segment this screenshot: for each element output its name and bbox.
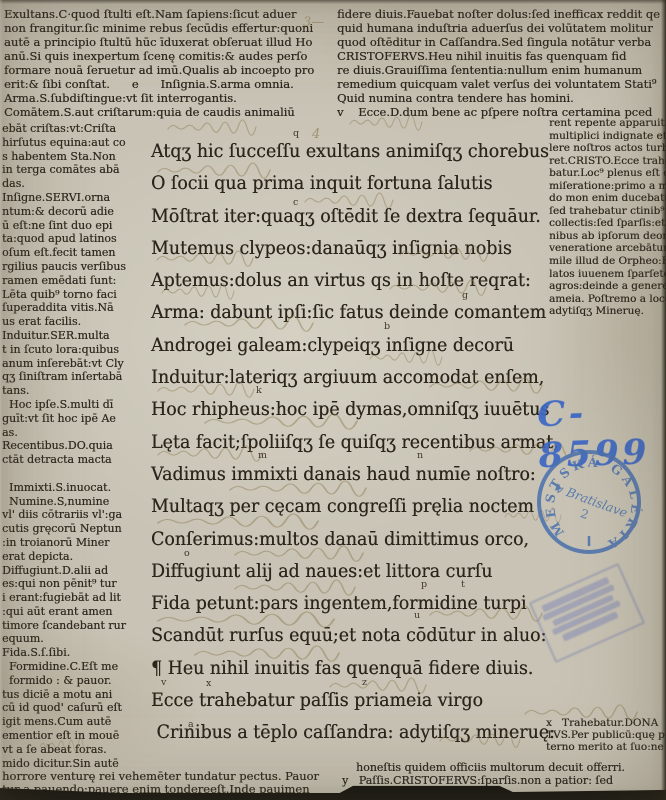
commentary-line: tans. [2, 384, 151, 398]
right-margin-commentary: rent repente apparuit:qemultiplici indig… [549, 117, 666, 318]
scan-edge-left [0, 0, 3, 800]
guide-letter: k [256, 386, 262, 396]
stamp-center-text: v Bratislave [554, 480, 630, 520]
guide-letter: p [421, 580, 427, 590]
commentary-line: non frangitur.ſic minime rebus ſecūdis e… [4, 21, 336, 35]
commentary-line: Recentibus.DO.quia [2, 439, 151, 453]
commentary-line: latos iuuenem ſparſete p [549, 268, 666, 281]
commentary-line: Lēta quib⁹ torno faci [2, 288, 151, 302]
commentary-line: batur.Loc⁹ plenus eſt cō [549, 167, 666, 180]
commentary-line: TVS.Per publicū:quę p [546, 729, 666, 741]
bottom-right-wide-commentary: honeſtis quidem officiis multorum decuit… [342, 762, 666, 788]
scan-edge-top [0, 0, 666, 4]
scanned-book-page: Exultans.C·quod ſtulti eſt.Nam ſapiens:ſ… [0, 0, 666, 800]
commentary-line: do mon enim ducebatur [549, 192, 666, 205]
commentary-line: honeſtis quidem officiis multorum decuit… [342, 762, 666, 775]
commentary-line: oſum eſt.fecit tamen [2, 246, 151, 260]
commentary-line: timore ſcandebant rur [2, 619, 151, 633]
library-stamp: MESTSKÁ GALÉRIA v Bratislave 2 [533, 446, 645, 558]
commentary-line: ſed trahebatur ctinib⁹:nō [549, 205, 666, 218]
commentary-line: us erat facilis. [2, 315, 151, 329]
commentary-line: autē a principio ſtultū hūc īduxerat obſ… [4, 35, 336, 49]
commentary-line: in terga comātes abā [2, 163, 151, 177]
commentary-line: es:qui non pēnit⁹ tur [2, 577, 151, 591]
guide-letter: t [461, 580, 465, 590]
commentary-line: tus diciē a motu ani [2, 688, 151, 702]
commentary-line: anum inſerebāt:vt Cly [2, 357, 151, 371]
verse-line: Vadimus immixti danais haud numīe noſtro… [151, 459, 527, 491]
commentary-line: Quid numina contra tendere has homini. [337, 91, 666, 105]
scan-edge-right [661, 0, 666, 800]
commentary-line: Numine.S,numine [2, 495, 151, 509]
commentary-line: ctāt detracta macta [2, 453, 151, 467]
commentary-line: hirſutus equina:aut co [2, 136, 151, 150]
commentary-line: agros:deinde a genere pri [549, 280, 666, 293]
verse-line: Mutemus clypeos:danaūqʒ inſignia nobis [151, 233, 527, 265]
guide-letter: o [184, 549, 190, 559]
commentary-line: :in troianorū Miner [2, 536, 151, 550]
verse-line: Fida petunt:pars ingentem,formidine turp… [151, 588, 527, 620]
commentary-line: adytiſqʒ Mineruę. [549, 305, 666, 318]
commentary-line: formare nouā ſeruetur ad imū.Qualis ab i… [4, 63, 336, 77]
commentary-line: ramen emēdati ſunt: [2, 274, 151, 288]
commentary-line: veneratione arcebātur.S [549, 242, 666, 255]
verse-line: Scandūt rurſus equū;et nota cōdūtur in a… [151, 620, 527, 652]
guide-letter: a [188, 720, 194, 730]
commentary-line: rgilius paucis verſibus [2, 260, 151, 274]
verse-line: Conſerimus:multos danaū dimittimus orco, [151, 524, 527, 556]
commentary-line: collectis:ſed ſparſis:et mā [549, 217, 666, 230]
commentary-line: Immixti.S.inuocat. [2, 481, 151, 495]
commentary-line: nibus ab ipſorum deorū [549, 230, 666, 243]
verse-line: Lęta facit;ſpoliiſqʒ ſe quiſqʒ recentibu… [151, 427, 527, 459]
commentary-line: remedium quicquam valet verſus dei volun… [337, 77, 666, 91]
commentary-line: horrore venturę rei vehemēter tundatur p… [2, 770, 340, 783]
commentary-line: re diuis.Grauiſſima ſententia:nullum eni… [337, 63, 666, 77]
guide-letter: z [362, 678, 367, 688]
commentary-line: ret.CRISTO.Ecce trahe [549, 155, 666, 168]
commentary-line: ameia. Poſtremo a loco [549, 293, 666, 306]
commentary-line: Diffugiunt.D.alii ad [2, 564, 151, 578]
commentary-line: lere noſtros actos turba [549, 142, 666, 155]
commentary-line: Induitur.SER.multa [2, 329, 151, 343]
stamp-center-number: 2 [579, 506, 591, 522]
left-margin-commentary: ebāt criſtas:vt:Criſtahirſutus equina:au… [2, 122, 151, 770]
commentary-line: CRISTOFERVS.Heu nihil inuitis fas quenqu… [337, 49, 666, 63]
verse-line: Aptemus:dolus an virtus qs in hoſte reqr… [151, 265, 527, 297]
commentary-line: as. [2, 426, 151, 440]
commentary-line [2, 467, 151, 481]
verse-line: Multaqʒ per cęcam congreſſi pręlia nocte… [151, 491, 527, 523]
commentary-line: vl' diis cōtrariis vl':ga [2, 508, 151, 522]
commentary-line: Formidine.C.Eſt me [2, 660, 151, 674]
guide-letter: n [417, 451, 423, 461]
faint-rect-stamp [529, 563, 645, 663]
verse-line: Induitur:lateriqʒ argiuum accomodat enſe… [151, 362, 527, 394]
commentary-line: fidere diuis.Fauebat noſter dolus:ſed in… [337, 7, 666, 21]
commentary-line: guīt:vt ſit hoc ipē Ae [2, 412, 151, 426]
commentary-line: ntum:& decorū adie [2, 205, 151, 219]
commentary-line: cutis gręcorū Neptun [2, 522, 151, 536]
commentary-line: ebāt criſtas:vt:Criſta [2, 122, 151, 136]
guide-letter: v [161, 678, 166, 688]
verse-line: Atqʒ hic ſucceſſu exultans animiſqʒ chor… [151, 136, 527, 168]
commentary-line: vt a ſe abeat foras. [2, 743, 151, 757]
guide-letter: g [462, 291, 468, 301]
commentary-line: igit mens.Cum autē [2, 715, 151, 729]
commentary-line: miſeratione:primo a mō [549, 180, 666, 193]
commentary-line: formido : & pauor. [2, 674, 151, 688]
guide-letter: b [384, 322, 390, 332]
commentary-line: ſuperaddita vitis.Nā [2, 301, 151, 315]
verse-line: Ecce trahebatur paſſis priameia virgo [151, 685, 527, 717]
commentary-line: mile illud de Orpheo:E [549, 255, 666, 268]
commentary-line: das. [2, 177, 151, 191]
verse-line: Crinibus a tēplo caſſandra: adytiſqʒ min… [151, 717, 527, 749]
commentary-line: s habentem Sta.Non [2, 150, 151, 164]
commentary-line: :qui aūt erant amen [2, 605, 151, 619]
guide-letter: u [414, 611, 420, 621]
commentary-line: ta:quod apud latinos [2, 232, 151, 246]
handwritten-mark: 3— [303, 16, 324, 29]
verse-line: Diffugiunt alij ad naues:et littora curſ… [151, 556, 527, 588]
commentary-line: i erant:fugiebāt ad lit [2, 591, 151, 605]
bottom-right-commentary: x Trahebatur.DONATVS.Per publicū:quę pte… [546, 717, 666, 753]
commentary-line: erat depicta. [2, 550, 151, 564]
commentary-line: Arma.S.ſubdiſtingue:vt ſit interrogantis… [4, 91, 336, 105]
commentary-line: equum. [2, 632, 151, 646]
main-verse-text: Atqʒ hic ſucceſſu exultans animiſqʒ chor… [151, 136, 527, 750]
commentary-line: y Paſſis.CRISTOFERVS:ſparſis.non a patio… [342, 775, 666, 788]
commentary-line: cū id quod' caſurū eſt [2, 701, 151, 715]
verse-line: Androgei galeam:clypeiqʒ inſigne decorū [151, 330, 527, 362]
verse-line: O ſocii qua prima inquit fortuna ſalutis [151, 168, 527, 200]
guide-letter: x [206, 679, 211, 689]
commentary-line: Exultans.C·quod ſtulti eſt.Nam ſapiens:ſ… [4, 7, 336, 21]
handwritten-mark: 4 [312, 128, 320, 141]
commentary-line: Comātem.S.aut criſtarum:quia de caudis a… [4, 105, 336, 119]
guide-letter: c [293, 198, 298, 208]
guide-letter: q [293, 129, 299, 139]
commentary-line: terno merito at ſuo:ne q [546, 741, 666, 753]
guide-letter: m [258, 451, 267, 461]
commentary-line: anū.Si quis inexpertum ſcenę comitis:& a… [4, 49, 336, 63]
commentary-line: ū eſt:ne ſint duo epi [2, 219, 151, 233]
top-right-commentary: fidere diuis.Fauebat noſter dolus:ſed in… [337, 7, 666, 119]
commentary-line: Fida.S.ſ.ſibi. [2, 646, 151, 660]
commentary-line: quid humana induſtria aduerſus dei volūt… [337, 21, 666, 35]
commentary-line: t in ſcuto lora:quibus [2, 343, 151, 357]
commentary-line: qʒ ſiniſtram inſertabā [2, 370, 151, 384]
commentary-line: Hoc ipſe.S.multi dī [2, 398, 151, 412]
commentary-line: erit:& ſibi conſtat. e Inſignia.S.arma o… [4, 77, 336, 91]
commentary-line: rent repente apparuit:qe [549, 117, 666, 130]
commentary-line: ementior eſt in mouē [2, 729, 151, 743]
commentary-line: x Trahebatur.DONA [546, 717, 666, 729]
top-left-commentary: Exultans.C·quod ſtulti eſt.Nam ſapiens:ſ… [4, 7, 336, 119]
commentary-line: quod oſtēditur in Caſſandra.Sed ſingula … [337, 35, 666, 49]
commentary-line: multiplici indignate et fo [549, 130, 666, 143]
verse-line: Mōſtrat iter:quaqʒ oſtēdit ſe dextra ſeq… [151, 201, 527, 233]
verse-line: Hoc rhipheus:hoc ipē dymas,omniſqʒ iuuēt… [151, 394, 527, 426]
verse-line: Arma: dabunt ipſi:ſic fatus deinde coman… [151, 297, 527, 329]
commentary-line: Inſigne.SERVI.orna [2, 191, 151, 205]
